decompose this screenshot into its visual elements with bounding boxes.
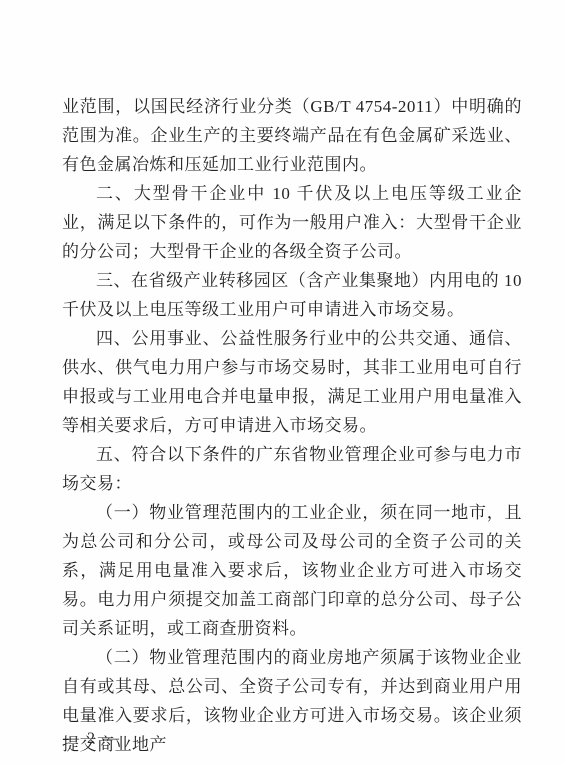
paragraph-subitem-1: （一）物业管理范围内的工业企业，须在同一地市，且为总公司和分公司，或母公司及母公… xyxy=(62,498,522,643)
paragraph-item-3: 三、在省级产业转移园区（含产业集聚地）内用电的 10 千伏及以上电压等级工业用户… xyxy=(62,266,522,324)
paragraph-item-5: 五、符合以下条件的广东省物业管理企业可参与电力市场交易： xyxy=(62,440,522,498)
page-number: — 2 — xyxy=(63,730,121,748)
document-body: 业范围，以国民经济行业分类（GB/T 4754-2011）中明确的范围为准。企业… xyxy=(62,92,522,759)
paragraph-item-4: 四、公用事业、公益性服务行业中的公共交通、通信、供水、供气电力用户参与市场交易时… xyxy=(62,324,522,440)
paragraph-continuation: 业范围，以国民经济行业分类（GB/T 4754-2011）中明确的范围为准。企业… xyxy=(62,92,522,179)
paragraph-subitem-2: （二）物业管理范围内的商业房地产须属于该物业企业自有或其母、总公司、全资子公司专… xyxy=(62,643,522,759)
document-page: 业范围，以国民经济行业分类（GB/T 4754-2011）中明确的范围为准。企业… xyxy=(0,0,565,764)
paragraph-item-2: 二、大型骨干企业中 10 千伏及以上电压等级工业企业，满足以下条件的，可作为一般… xyxy=(62,179,522,266)
